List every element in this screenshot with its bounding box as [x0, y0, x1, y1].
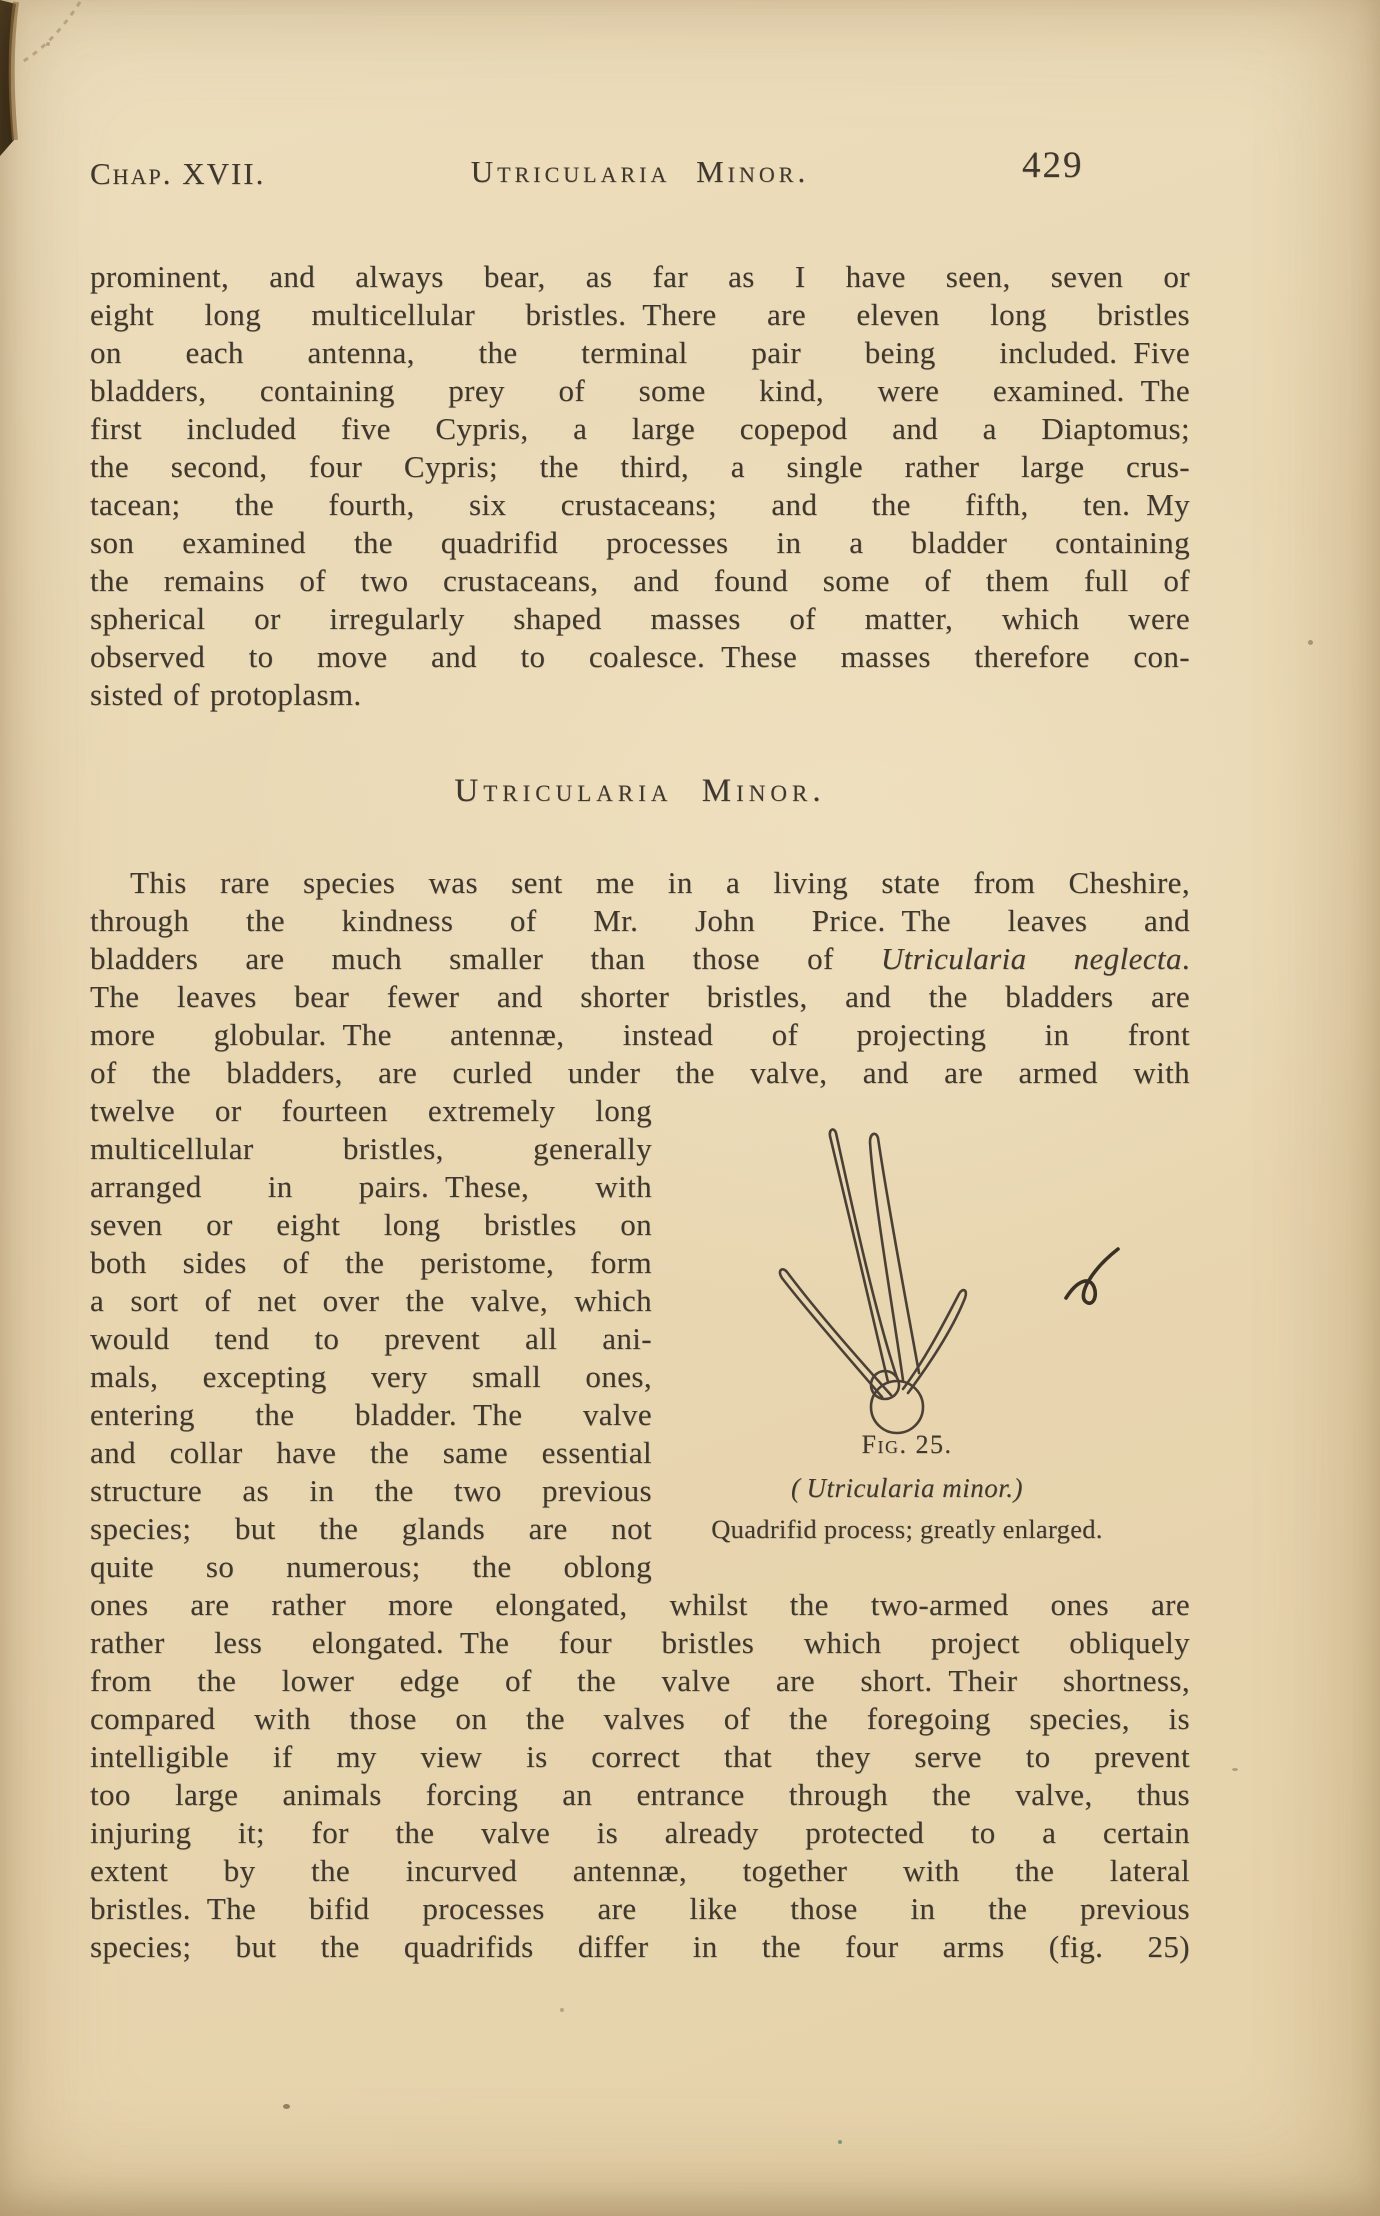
text-line: the remains of two crustaceans, and foun… [90, 562, 1190, 600]
text-line: seven or eight long bristles on [90, 1206, 652, 1244]
text-line: The leaves bear fewer and shorter bristl… [90, 978, 1190, 1016]
text-line: sisted of protoplasm. [90, 676, 1190, 714]
handwritten-check-mark [1060, 1244, 1142, 1326]
text-line: twelve or fourteen extremely long [90, 1092, 652, 1130]
text-line: from the lower edge of the valve are sho… [90, 1662, 1190, 1700]
text-line: a sort of net over the valve, which [90, 1282, 652, 1320]
text-line: species; but the glands are not [90, 1510, 652, 1548]
text-and-figure-row: twelve or fourteen extremely longmultice… [90, 1092, 1190, 1586]
paper-speck [1308, 640, 1313, 645]
text-line: of the bladders, are curled under the va… [90, 1054, 1190, 1092]
paragraph-2-bottom: ones are rather more elongated, whilst t… [90, 1586, 1190, 1966]
text-line: prominent, and always bear, as far as I … [90, 258, 1190, 296]
text-line: multicellular bristles, generally [90, 1130, 652, 1168]
text-line: extent by the incurved antennæ, together… [90, 1852, 1190, 1890]
figure-label: Fig. 25. [638, 1430, 1176, 1460]
text-line: species; but the quadrifids differ in th… [90, 1928, 1190, 1966]
figure-species-line: ( Utricularia minor.) [638, 1473, 1176, 1504]
text-line: observed to move and to coalesce. These … [90, 638, 1190, 676]
text-line: first included five Cypris, a large cope… [90, 410, 1190, 448]
text-line: This rare species was sent me in a livin… [90, 864, 1190, 902]
text-line: bladders are much smaller than those of … [90, 940, 1190, 978]
figure-caption: Fig. 25. ( Utricularia minor.) Quadrifid… [638, 1430, 1176, 1545]
text-line: injuring it; for the valve is already pr… [90, 1814, 1190, 1852]
text-line: spherical or irregularly shaped masses o… [90, 600, 1190, 638]
paper-speck [1232, 1768, 1238, 1771]
text-line: rather less elongated. The four bristles… [90, 1624, 1190, 1662]
text-line: both sides of the peristome, form [90, 1244, 652, 1282]
text-line: tacean; the fourth, six crustaceans; and… [90, 486, 1190, 524]
text-line: quite so numerous; the oblong [90, 1548, 652, 1586]
figure-description-line: Quadrifid process; greatly enlarged. [638, 1514, 1176, 1545]
text-line: bladders, containing prey of some kind, … [90, 372, 1190, 410]
text-line: eight long multicellular bristles. There… [90, 296, 1190, 334]
page-number: 429 [1022, 144, 1084, 187]
text-line: entering the bladder. The valve [90, 1396, 652, 1434]
text-line: mals, excepting very small ones, [90, 1358, 652, 1396]
paragraph-1: prominent, and always bear, as far as I … [90, 258, 1190, 714]
text-line: more globular. The antennæ, instead of p… [90, 1016, 1190, 1054]
text-line: intelligible if my view is correct that … [90, 1738, 1190, 1776]
book-page-scan: Chap. XVII. Utricularia Minor. 429 promi… [0, 0, 1380, 2216]
paragraph-2-narrow: twelve or fourteen extremely longmultice… [90, 1092, 652, 1586]
text-line: bristles. The bifid processes are like t… [90, 1890, 1190, 1928]
text-line: would tend to prevent all ani- [90, 1320, 652, 1358]
quadrifid-process-drawing [770, 1110, 990, 1445]
figure-25: Fig. 25. ( Utricularia minor.) Quadrifid… [652, 1092, 1190, 1586]
section-heading: Utricularia Minor. [90, 770, 1190, 812]
text-line: and collar have the same essential [90, 1434, 652, 1472]
text-line: structure as in the two previous [90, 1472, 652, 1510]
text-line: ones are rather more elongated, whilst t… [90, 1586, 1190, 1624]
paragraph-2-top: This rare species was sent me in a livin… [90, 864, 1190, 1092]
text-line: through the kindness of Mr. John Price. … [90, 902, 1190, 940]
text-line: arranged in pairs. These, with [90, 1168, 652, 1206]
text-line: too large animals forcing an entrance th… [90, 1776, 1190, 1814]
paper-speck [838, 2140, 842, 2144]
paper-speck [560, 2008, 564, 2012]
page-body: prominent, and always bear, as far as I … [90, 258, 1190, 1966]
text-line: the second, four Cypris; the third, a si… [90, 448, 1190, 486]
text-line: compared with those on the valves of the… [90, 1700, 1190, 1738]
text-line: son examined the quadrifid processes in … [90, 524, 1190, 562]
paper-speck [283, 2104, 290, 2109]
text-line: on each antenna, the terminal pair being… [90, 334, 1190, 372]
